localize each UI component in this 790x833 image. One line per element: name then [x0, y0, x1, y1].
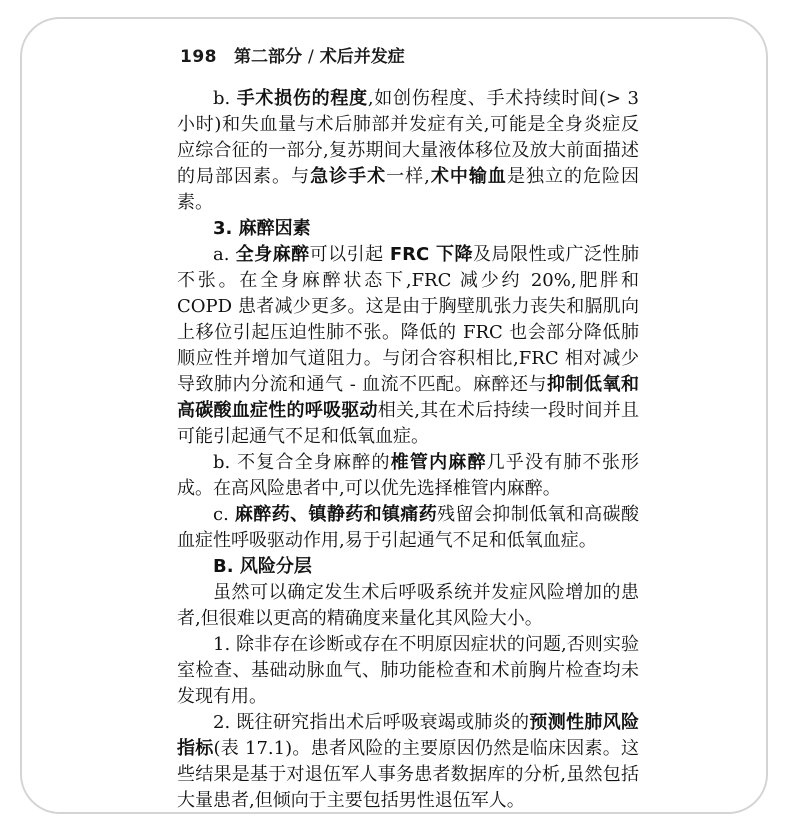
- emphasis-text: 椎管内麻醉: [391, 452, 487, 473]
- emphasis-text: FRC 下降: [390, 244, 473, 265]
- body-text-run: (表 17.1)。患者风险的主要原因仍然是临床因素。这些结果是基于对退伍军人事务…: [177, 738, 639, 811]
- paragraph: B. 风险分层: [177, 554, 639, 580]
- emphasis-text: 手术损伤的程度: [237, 88, 368, 109]
- body-text-run: 一样,: [386, 166, 430, 187]
- paragraph: b. 不复合全身麻醉的椎管内麻醉几乎没有肺不张形成。在高风险患者中,可以优先选择…: [177, 450, 639, 502]
- chapter-title: 术后并发症: [320, 47, 405, 67]
- emphasis-text: 3. 麻醉因素: [213, 218, 311, 239]
- body-text-run: b. 不复合全身麻醉的: [213, 452, 391, 473]
- emphasis-text: 术中输血: [430, 166, 507, 187]
- body-text-run: 及局限性或广泛性肺不张。在全身麻醉状态下,FRC 减少约 20%,肥胖和 COP…: [177, 244, 639, 395]
- section-title: 第二部分: [234, 47, 302, 67]
- body-text-run: a.: [213, 244, 236, 265]
- emphasis-text: 急诊手术: [310, 166, 386, 187]
- body-text-run: 1. 除非存在诊断或存在不明原因症状的问题,否则实验室检查、基础动脉血气、肺功能…: [177, 634, 639, 707]
- body-text-column: b. 手术损伤的程度,如创伤程度、手术持续时间(> 3 小时)和失血量与术后肺部…: [177, 86, 639, 814]
- paragraph: 3. 麻醉因素: [177, 216, 639, 242]
- body-text-run: b.: [213, 88, 237, 109]
- body-text-run: 虽然可以确定发生术后呼吸系统并发症风险增加的患者,但很难以更高的精确度来量化其风…: [177, 582, 639, 629]
- paragraph: b. 手术损伤的程度,如创伤程度、手术持续时间(> 3 小时)和失血量与术后肺部…: [177, 86, 639, 216]
- body-text-run: 2. 既往研究指出术后呼吸衰竭或肺炎的: [213, 712, 529, 733]
- paragraph: 2. 既往研究指出术后呼吸衰竭或肺炎的预测性肺风险指标(表 17.1)。患者风险…: [177, 710, 639, 814]
- page-header: 198第二部分/术后并发症: [180, 42, 405, 67]
- paragraph: c. 麻醉药、镇静药和镇痛药残留会抑制低氧和高碳酸血症性呼吸驱动作用,易于引起通…: [177, 502, 639, 554]
- header-separator: /: [308, 47, 314, 67]
- body-text-run: 可以引起: [310, 244, 390, 265]
- emphasis-text: 麻醉药、镇静药和镇痛药: [235, 504, 437, 525]
- page-number: 198: [180, 47, 217, 67]
- paragraph: 虽然可以确定发生术后呼吸系统并发症风险增加的患者,但很难以更高的精确度来量化其风…: [177, 580, 639, 632]
- emphasis-text: 全身麻醉: [236, 244, 310, 265]
- body-text-run: c.: [213, 504, 235, 525]
- paragraph: 1. 除非存在诊断或存在不明原因症状的问题,否则实验室检查、基础动脉血气、肺功能…: [177, 632, 639, 710]
- paragraph: a. 全身麻醉可以引起 FRC 下降及局限性或广泛性肺不张。在全身麻醉状态下,F…: [177, 242, 639, 450]
- emphasis-text: B. 风险分层: [213, 556, 312, 577]
